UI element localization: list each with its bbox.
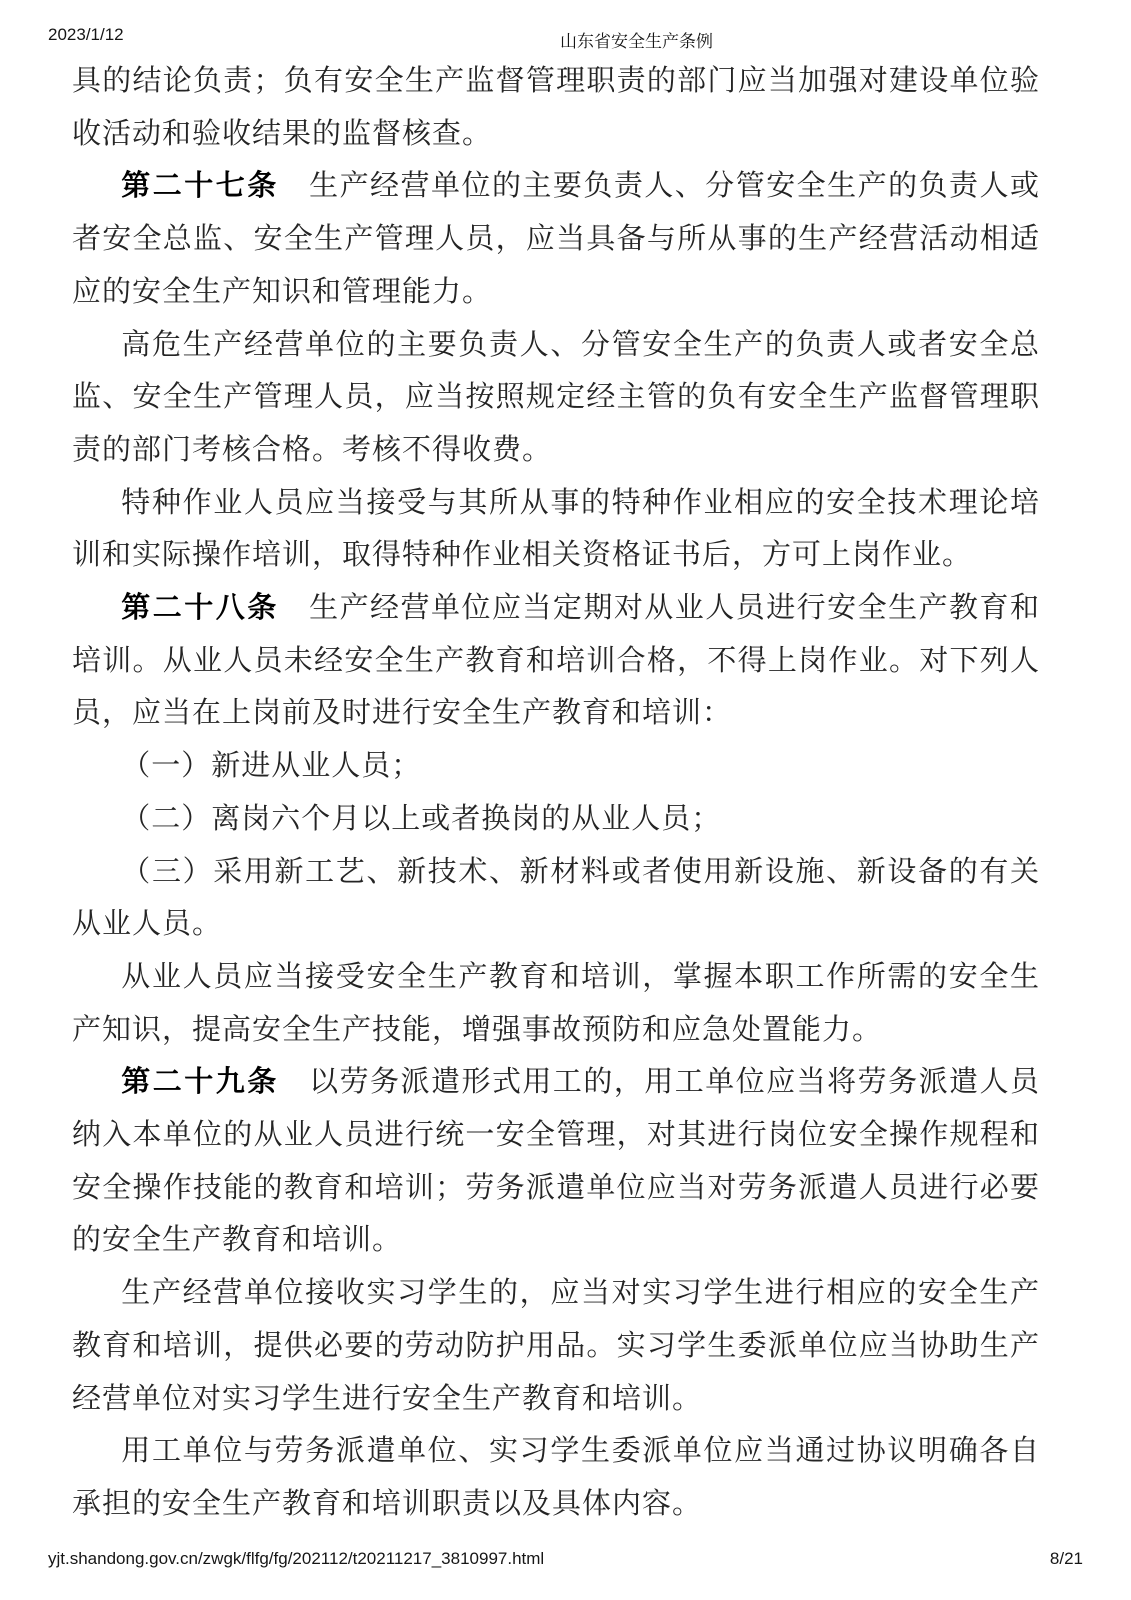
paragraph-text: 具的结论负责；负有安全生产监督管理职责的部门应当加强对建设单位验收活动和验收结果… (72, 65, 1040, 150)
paragraph-text: 从业人员应当接受安全生产教育和培训，掌握本职工作所需的安全生产知识，提高安全生产… (72, 961, 1040, 1046)
article-29-number-bold: 第二十九条 (121, 1066, 278, 1098)
article-27-number-bold: 第二十七条 (121, 170, 278, 202)
paragraph-text: 生产经营单位接收实习学生的，应当对实习学生进行相应的安全生产教育和培训，提供必要… (72, 1277, 1040, 1414)
document-body: 具的结论负责；负有安全生产监督管理职责的部门应当加强对建设单位验收活动和验收结果… (72, 55, 1040, 1531)
paragraph-text: （三）采用新工艺、新技术、新材料或者使用新设施、新设备的有关从业人员。 (72, 856, 1040, 941)
footer-page-number: 8/21 (1050, 1549, 1083, 1569)
paragraph-text: 用工单位与劳务派遣单位、实习学生委派单位应当通过协议明确各自承担的安全生产教育和… (72, 1435, 1040, 1520)
paragraph-text: （二）离岗六个月以上或者换岗的从业人员； (121, 803, 721, 835)
paragraph: 高危生产经营单位的主要负责人、分管安全生产的负责人或者安全总监、安全生产管理人员… (72, 319, 1040, 477)
header-date: 2023/1/12 (48, 25, 124, 45)
paragraph: 特种作业人员应当接受与其所从事的特种作业相应的安全技术理论培训和实际操作培训，取… (72, 477, 1040, 582)
paragraph-article-27: 第二十七条生产经营单位的主要负责人、分管安全生产的负责人或者安全总监、安全生产管… (72, 160, 1040, 318)
paragraph-text: （一）新进从业人员； (121, 750, 421, 782)
paragraph: 用工单位与劳务派遣单位、实习学生委派单位应当通过协议明确各自承担的安全生产教育和… (72, 1425, 1040, 1530)
list-item-1: （一）新进从业人员； (72, 740, 1040, 793)
paragraph-text: 高危生产经营单位的主要负责人、分管安全生产的负责人或者安全总监、安全生产管理人员… (72, 329, 1040, 466)
article-28-number-bold: 第二十八条 (121, 592, 278, 624)
list-item-3: （三）采用新工艺、新技术、新材料或者使用新设施、新设备的有关从业人员。 (72, 846, 1040, 951)
list-item-2: （二）离岗六个月以上或者换岗的从业人员； (72, 793, 1040, 846)
paragraph: 生产经营单位接收实习学生的，应当对实习学生进行相应的安全生产教育和培训，提供必要… (72, 1267, 1040, 1425)
paragraph-continuation: 具的结论负责；负有安全生产监督管理职责的部门应当加强对建设单位验收活动和验收结果… (72, 55, 1040, 160)
footer-url: yjt.shandong.gov.cn/zwgk/flfg/fg/202112/… (48, 1549, 544, 1569)
document-page: 2023/1/12 山东省安全生产条例 具的结论负责；负有安全生产监督管理职责的… (0, 0, 1131, 1600)
paragraph-text: 特种作业人员应当接受与其所从事的特种作业相应的安全技术理论培训和实际操作培训，取… (72, 487, 1040, 572)
paragraph-article-28: 第二十八条生产经营单位应当定期对从业人员进行安全生产教育和培训。从业人员未经安全… (72, 582, 1040, 740)
paragraph: 从业人员应当接受安全生产教育和培训，掌握本职工作所需的安全生产知识，提高安全生产… (72, 951, 1040, 1056)
header-title: 山东省安全生产条例 (560, 27, 713, 52)
paragraph-article-29: 第二十九条以劳务派遣形式用工的，用工单位应当将劳务派遣人员纳入本单位的从业人员进… (72, 1056, 1040, 1267)
